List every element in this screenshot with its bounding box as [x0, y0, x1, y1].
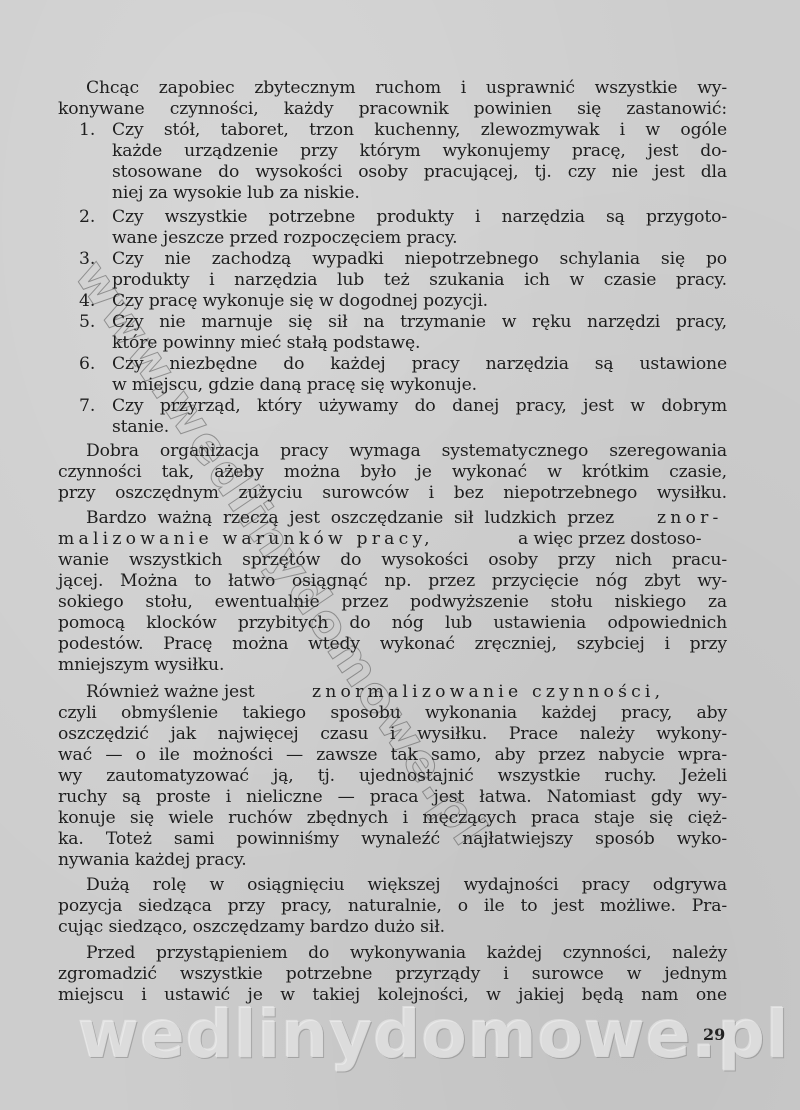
- para-przed-line-1: Przed przystąpieniem do wykonywania każd…: [86, 943, 727, 964]
- intro-line-1: Chcąc zapobiec zbytecznym ruchom i uspra…: [86, 78, 727, 99]
- para-bardzo-line-2b: a więc przez dostoso-: [518, 529, 701, 550]
- para-rowniez-line-1b: znormalizowanie czynności,: [312, 682, 664, 703]
- scanned-book-page: www.wedlinydomowe.pl Chcąc zapobiec zbyt…: [0, 0, 800, 1110]
- para-dobra-line-2: czynności tak, ażeby można było je wykon…: [58, 462, 727, 483]
- para-bardzo-line-8: mniejszym wysiłku.: [58, 655, 224, 676]
- para-bardzo-line-1a: Bardzo ważną rzeczą jest oszczędzanie si…: [86, 508, 614, 529]
- para-bardzo-line-6: pomocą klocków przybitych do nóg lub ust…: [58, 613, 727, 634]
- para-duza-line-2: pozycja siedząca przy pracy, naturalnie,…: [58, 896, 727, 917]
- list-item-2-line-1: Czy wszystkie potrzebne produkty i narzę…: [112, 207, 727, 228]
- para-bardzo-line-2a: malizowanie warunków pracy,: [58, 529, 434, 550]
- page-number: 29: [703, 1025, 725, 1044]
- para-duza-line-1: Dużą rolę w osiągnięciu większej wydajno…: [86, 875, 727, 896]
- list-item-1-line-3: stosowane do wysokości osoby pracującej,…: [112, 162, 727, 183]
- list-item-7-line-1: Czy przyrząd, który używamy do danej pra…: [112, 396, 727, 417]
- para-rowniez-line-9: nywania każdej pracy.: [58, 850, 247, 871]
- para-rowniez-line-2: czyli obmyślenie takiego sposobu wykonan…: [58, 703, 727, 724]
- para-duza-line-3: cując siedząco, oszczędzamy bardzo dużo …: [58, 917, 445, 938]
- list-number-6: 6.: [79, 354, 95, 375]
- list-item-5-line-2: które powinny mieć stałą podstawę.: [112, 333, 420, 354]
- para-rowniez-line-1a: Również ważne jest: [86, 682, 255, 703]
- para-bardzo-line-4: jącej. Można to łatwo osiągnąć np. przez…: [58, 571, 727, 592]
- list-number-2: 2.: [79, 207, 95, 228]
- list-item-3-line-2: produkty i narzędzia lub też szukania ic…: [112, 270, 727, 291]
- list-number-3: 3.: [79, 249, 95, 270]
- para-bardzo-line-5: sokiego stołu, ewentualnie przez podwyżs…: [58, 592, 727, 613]
- para-bardzo-line-3: wanie wszystkich sprzętów do wysokości o…: [58, 550, 727, 571]
- para-rowniez-line-5: wy zautomatyzować ją, tj. ujednostajnić …: [58, 766, 727, 787]
- list-item-4-line-1: Czy pracę wykonuje się w dogodnej pozycj…: [112, 291, 488, 312]
- para-bardzo-line-1b: znor-: [657, 508, 723, 529]
- list-item-1-line-2: każde urządzenie przy którym wykonujemy …: [112, 141, 727, 162]
- list-number-7: 7.: [79, 396, 95, 417]
- list-number-5: 5.: [79, 312, 95, 333]
- para-rowniez-line-4: wać — o ile możności — zawsze tak samo, …: [58, 745, 727, 766]
- list-item-1-line-1: Czy stół, taboret, trzon kuchenny, zlewo…: [112, 120, 727, 141]
- para-dobra-line-1: Dobra organizacja pracy wymaga systematy…: [86, 441, 727, 462]
- list-item-7-line-2: stanie.: [112, 417, 169, 438]
- para-rowniez-line-3: oszczędzić jak najwięcej czasu i wysiłku…: [58, 724, 727, 745]
- list-number-4: 4.: [79, 291, 95, 312]
- list-item-6-line-2: w miejscu, gdzie daną pracę się wykonuje…: [112, 375, 477, 396]
- para-bardzo-line-7: podestów. Pracę można wtedy wykonać zręc…: [58, 634, 727, 655]
- list-number-1: 1.: [79, 120, 95, 141]
- para-dobra-line-3: przy oszczędnym zużyciu surowców i bez n…: [58, 483, 727, 504]
- list-item-6-line-1: Czy niezbędne do każdej pracy narzędzia …: [112, 354, 727, 375]
- list-item-5-line-1: Czy nie marnuje się sił na trzymanie w r…: [112, 312, 727, 333]
- intro-line-2: konywane czynności, każdy pracownik powi…: [58, 99, 727, 120]
- bottom-watermark: wedlinydomowe.pl: [78, 996, 718, 1073]
- para-przed-line-2: zgromadzić wszystkie potrzebne przyrządy…: [58, 964, 727, 985]
- para-rowniez-line-8: ka. Toteż sami powinniśmy wynaleźć najła…: [58, 829, 727, 850]
- list-item-3-line-1: Czy nie zachodzą wypadki niepotrzebnego …: [112, 249, 727, 270]
- list-item-1-line-4: niej za wysokie lub za niskie.: [112, 183, 360, 204]
- para-rowniez-line-6: ruchy są proste i nieliczne — praca jest…: [58, 787, 727, 808]
- para-rowniez-line-7: konuje się wiele ruchów zbędnych i męczą…: [58, 808, 727, 829]
- list-item-2-line-2: wane jeszcze przed rozpoczęciem pracy.: [112, 228, 457, 249]
